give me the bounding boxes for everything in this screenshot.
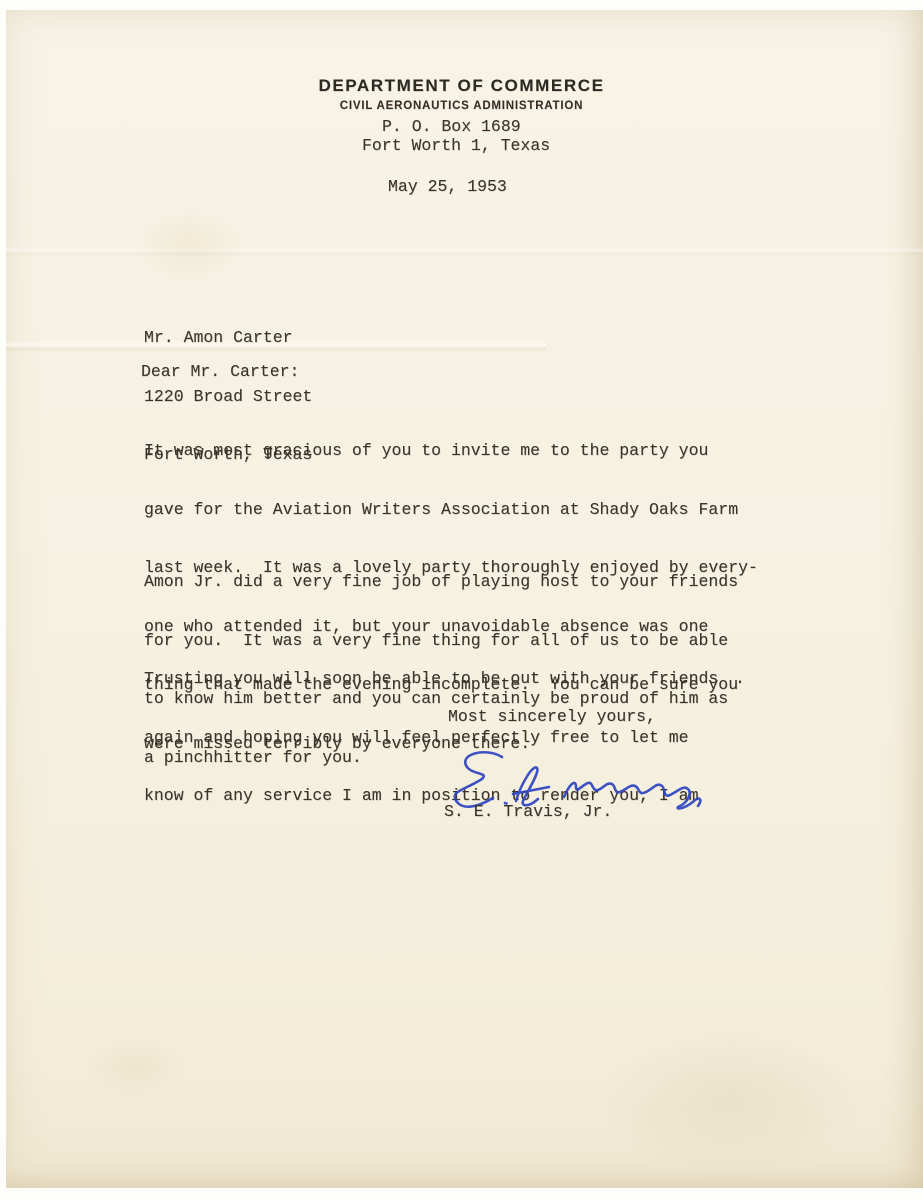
salutation: Dear Mr. Carter: bbox=[141, 362, 299, 382]
body-line: Trusting you will soon be able to be out… bbox=[144, 669, 718, 689]
stray-period-mark: . bbox=[735, 669, 745, 689]
letterhead-org: DEPARTMENT OF COMMERCE bbox=[0, 76, 923, 96]
letter-date: May 25, 1953 bbox=[388, 177, 507, 197]
signature-strokes bbox=[455, 752, 701, 808]
letterhead-po-box: P. O. Box 1689 bbox=[382, 117, 521, 137]
scanned-letter: DEPARTMENT OF COMMERCE CIVIL AERONAUTICS… bbox=[0, 0, 923, 1200]
valediction: Most sincerely yours, bbox=[448, 707, 656, 727]
letterhead-sub-org: CIVIL AERONAUTICS ADMINISTRATION bbox=[0, 100, 923, 112]
letterhead-city: Fort Worth 1, Texas bbox=[362, 136, 550, 156]
body-line: Amon Jr. did a very fine job of playing … bbox=[144, 572, 738, 592]
body-line: again and hoping you will feel perfectly… bbox=[144, 728, 718, 748]
typed-signature-name: S. E. Travis, Jr. bbox=[444, 802, 612, 822]
body-line: gave for the Aviation Writers Associatio… bbox=[144, 500, 758, 520]
body-line: It was most gracious of you to invite me… bbox=[144, 441, 758, 461]
recipient-name: Mr. Amon Carter bbox=[144, 328, 312, 348]
